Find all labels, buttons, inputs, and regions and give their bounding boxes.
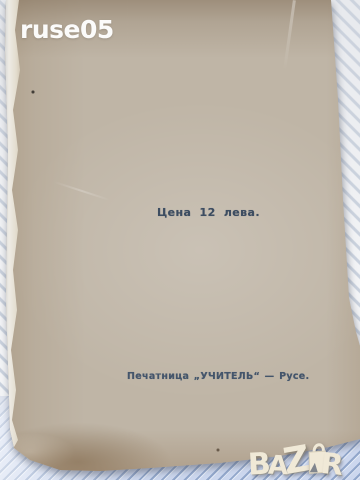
- printer-text: Печатница „УЧИТЕЛЬ“ — Русе.: [127, 371, 309, 382]
- paper-crease: [53, 181, 111, 201]
- book-shadow-wrap: Цена 12 лева. Печатница „УЧИТЕЛЬ“ — Русе…: [0, 0, 360, 480]
- watermark-text: ruse05: [20, 15, 114, 44]
- price-text: Цена 12 лева.: [157, 206, 260, 219]
- logo-letter-r: R: [320, 451, 345, 478]
- photo-scene: Цена 12 лева. Печатница „УЧИТЕЛЬ“ — Русе…: [0, 0, 360, 480]
- book-back-cover: Цена 12 лева. Печатница „УЧИТЕЛЬ“ — Русе…: [0, 0, 360, 480]
- paper-crease: [283, 0, 296, 70]
- frayed-spine-edge: [2, 0, 22, 454]
- bazar-logo: B A Z R: [248, 423, 360, 477]
